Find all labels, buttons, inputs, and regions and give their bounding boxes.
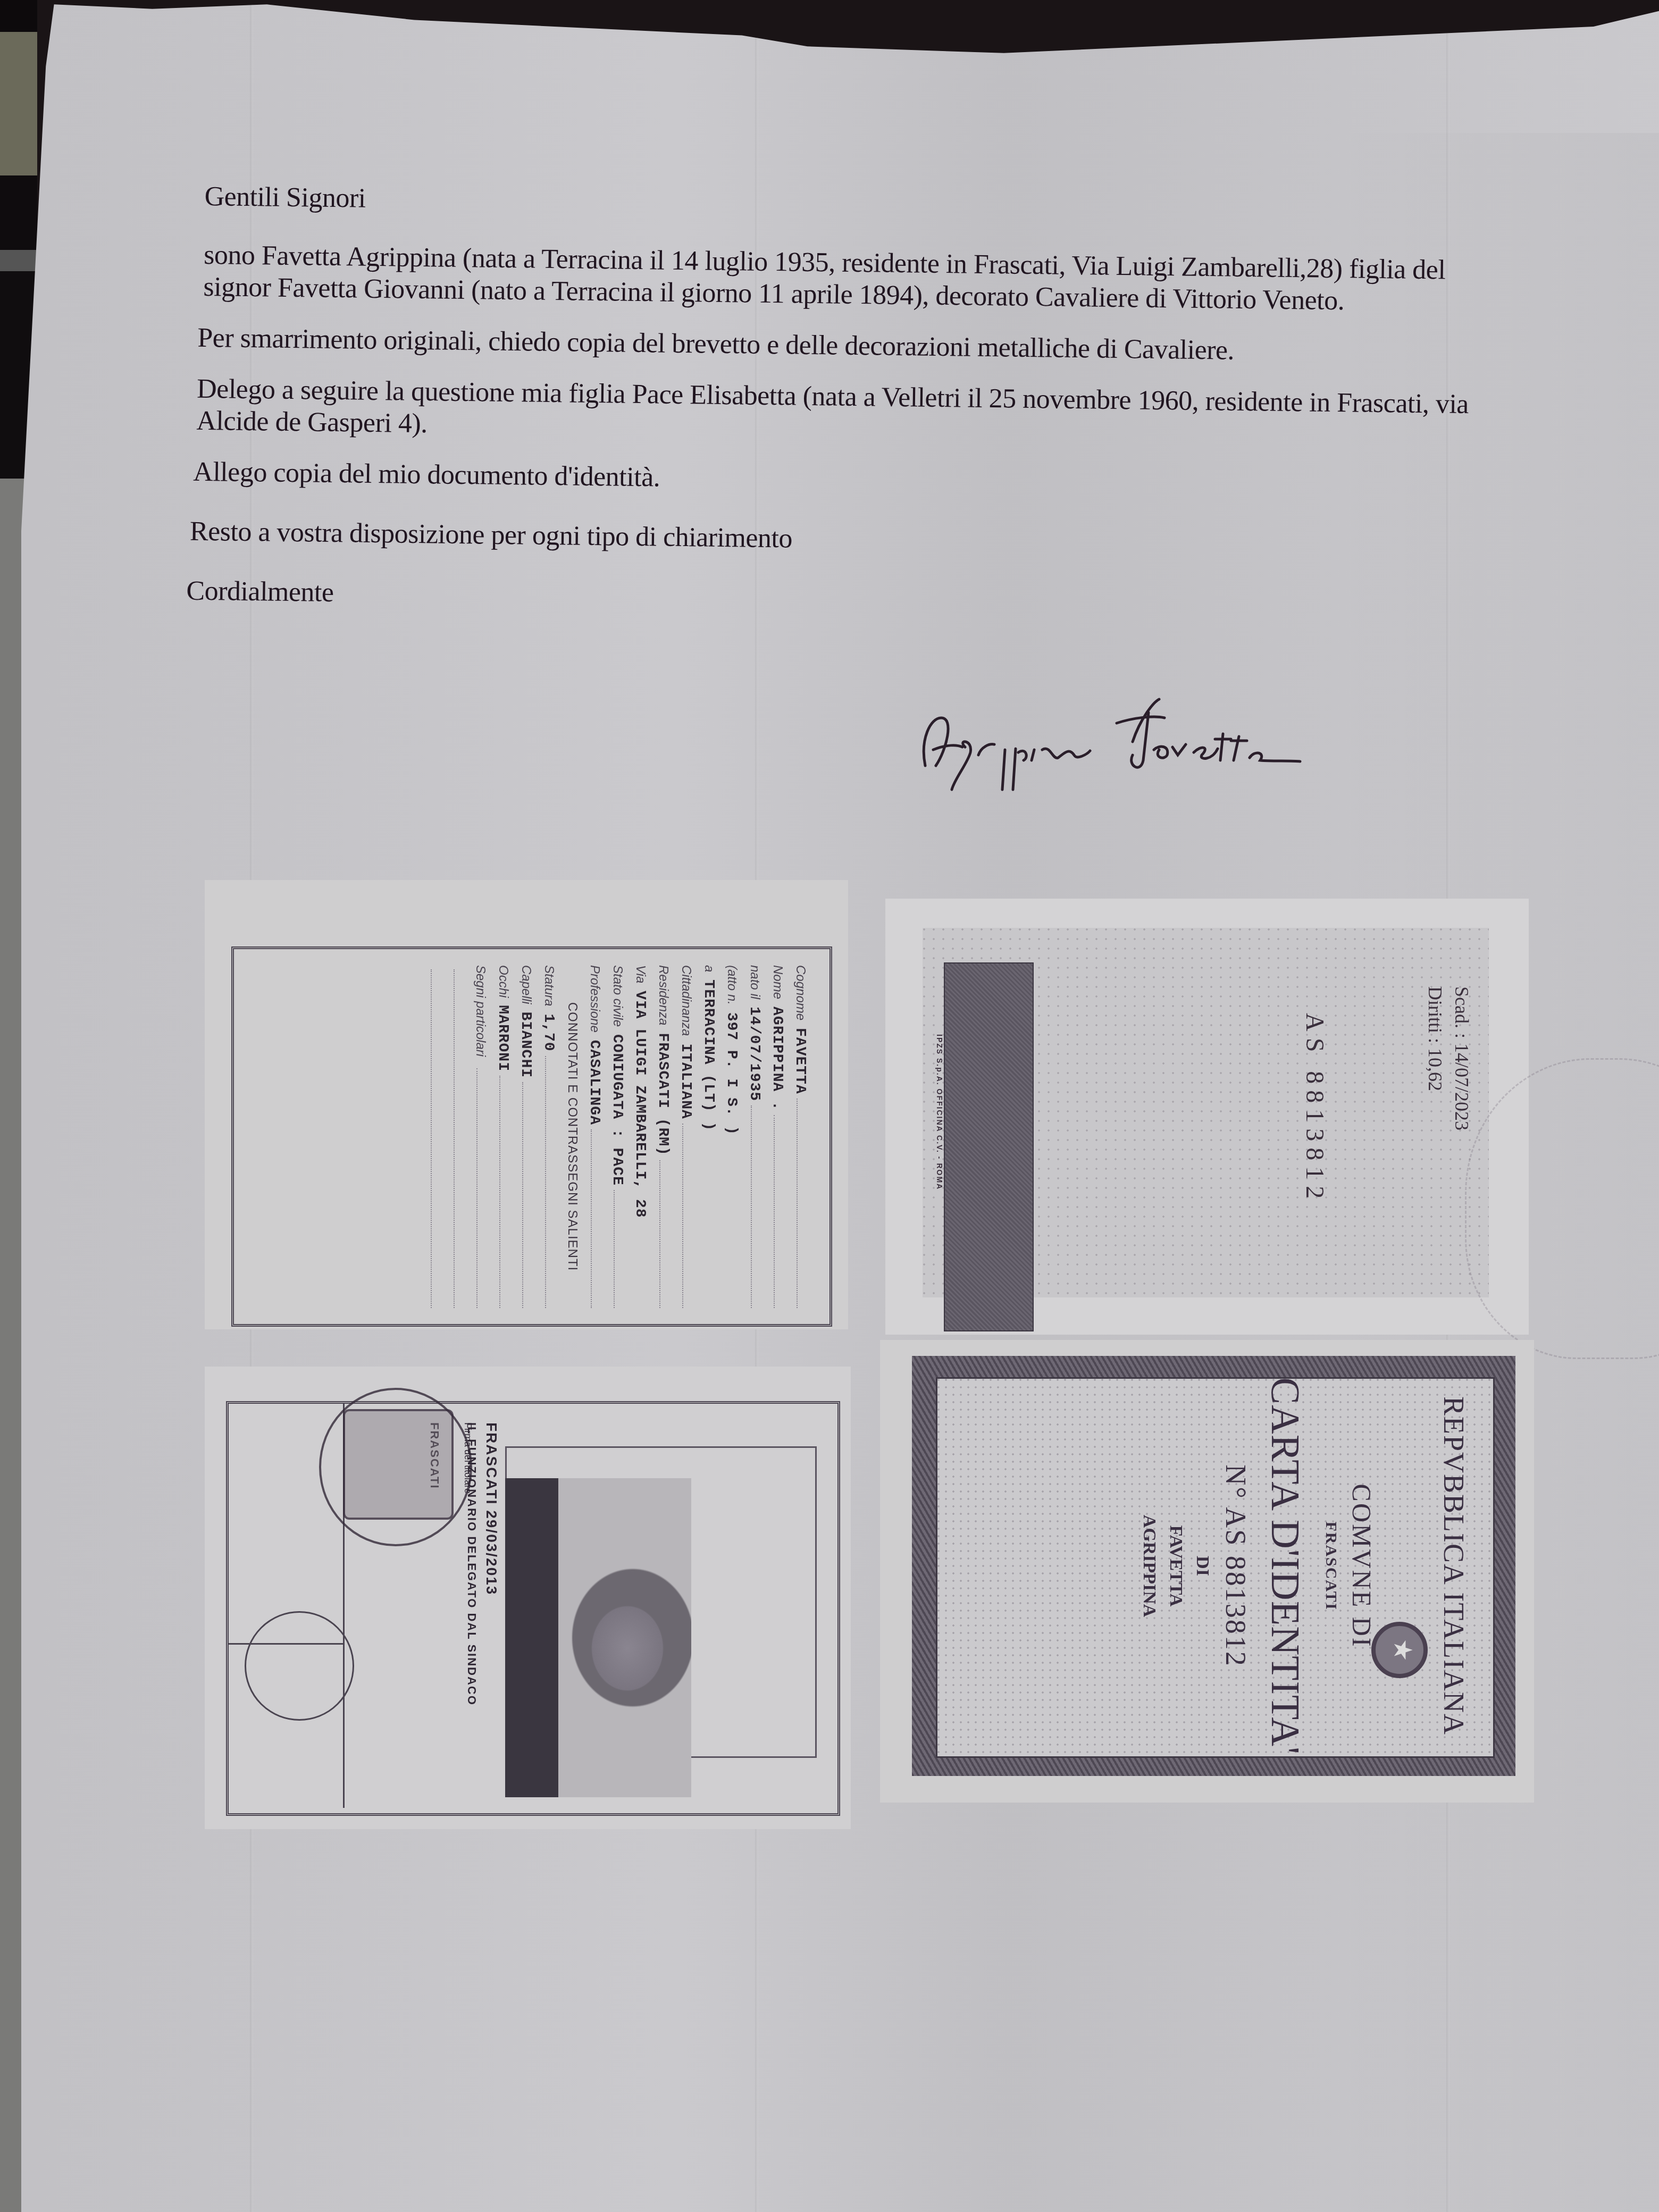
field-cognome: CognomeFAVETTA (785, 965, 808, 1308)
field-residenza: ResidenzaFRASCATI (RM) (648, 965, 671, 1308)
expiry-line: Scad. : 14/07/2023 (1451, 986, 1473, 1130)
field-luogo: aTERRACINA (LT) ) (694, 965, 717, 1308)
letter-body: Gentili Signori sono Favetta Agrippina (… (199, 181, 1523, 642)
cover-text: REPVBBLICA ITALIANA ★ COMVNE DI FRASCATI… (936, 1377, 1492, 1755)
field-atto: (atto n.397 P. I S. ) (717, 965, 740, 1308)
cover-holder-surname: FAVETTA (1166, 1377, 1186, 1755)
cover-comune: COMVNE DI (1346, 1377, 1377, 1755)
stamp-official: IL FUNZIONARIO DELEGATO DAL SINDACO (465, 1422, 479, 1706)
field-nome: NomeAGRIPPINA . (763, 965, 785, 1308)
data-page-fields: CognomeFAVETTA NomeAGRIPPINA . nato il14… (234, 949, 829, 1324)
field-stato-civile: Stato civileCONIUGATA : PACE (602, 965, 625, 1308)
blank-line (442, 965, 465, 1308)
letter-closing: Cordialmente (186, 575, 1519, 624)
italian-emblem-star-icon: ★ (1371, 1622, 1428, 1678)
field-professione: ProfessioneCASALINGA (580, 965, 602, 1308)
letter-paragraph: sono Favetta Agrippina (nata a Terracina… (203, 239, 1522, 319)
section-heading-connotati: CONNOTATI E CONTRASSEGNI SALIENTI (557, 965, 580, 1308)
cover-republic: REPVBBLICA ITALIANA (1437, 1377, 1470, 1755)
expiry-date: 14/07/2023 (1451, 1043, 1472, 1130)
data-page-frame: CognomeFAVETTA NomeAGRIPPINA . nato il14… (231, 946, 832, 1327)
id-card-data-page: CognomeFAVETTA NomeAGRIPPINA . nato il14… (205, 880, 848, 1329)
field-capelli: CapelliBIANCHI (511, 965, 534, 1308)
id-card-photo-page: Firma del titolare FRASCATI 29/03/2013 I… (205, 1367, 851, 1829)
serial-number: AS 8813812 (1300, 1013, 1329, 1205)
field-segni-particolari: Segni particolari (465, 965, 488, 1308)
letter-paragraph: Per smarrimento originali, chiedo copia … (197, 322, 1591, 371)
cover-title: CARTA D'IDENTITA' (1262, 1377, 1308, 1755)
field-nato-il: nato il14/07/1935 (740, 965, 763, 1308)
stamp-city: FRASCATI (428, 1422, 441, 1489)
field-occhi: OcchiMARRONI (488, 965, 511, 1308)
field-via: ViaVIA LUIGI ZAMBARELLI, 28 (625, 965, 648, 1308)
watermark-bust-icon (1465, 1058, 1659, 1359)
stamp-place-date: FRASCATI 29/03/2013 (483, 1422, 500, 1595)
cover-di: DI (1192, 1377, 1212, 1755)
handwritten-signature (904, 686, 1329, 792)
id-card-back-page: Scad. : 14/07/2023 Diritti : 10,62 AS 88… (885, 899, 1529, 1335)
cover-holder-name: AGRIPPINA (1139, 1377, 1159, 1755)
fees-value: 10,62 (1425, 1048, 1446, 1091)
cover-number: N° AS 8813812 (1219, 1377, 1252, 1755)
field-cittadinanza: CittadinanzaITALIANA (671, 965, 694, 1308)
cover-city: FRASCATI (1322, 1377, 1340, 1755)
photo-page-text: Firma del titolare FRASCATI 29/03/2013 I… (226, 1401, 835, 1811)
letter-paragraph: Delego a seguire la questione mia figlia… (196, 373, 1521, 453)
field-statura: Statura1,70 (534, 965, 557, 1308)
back-page-text: Scad. : 14/07/2023 Diritti : 10,62 AS 88… (923, 928, 1489, 1297)
letter-paragraph: Resto a vostra disposizione per ogni tip… (190, 516, 1520, 564)
fees-line: Diritti : 10,62 (1424, 986, 1446, 1091)
id-card-cover: REPVBBLICA ITALIANA ★ COMVNE DI FRASCATI… (880, 1340, 1534, 1803)
blank-line (420, 965, 442, 1308)
letter-paragraph: Allego copia del mio documento d'identit… (193, 456, 1520, 504)
printer-imprint: IPZS S.p.A. OFFICINA C.V. - ROMA (935, 1034, 944, 1190)
